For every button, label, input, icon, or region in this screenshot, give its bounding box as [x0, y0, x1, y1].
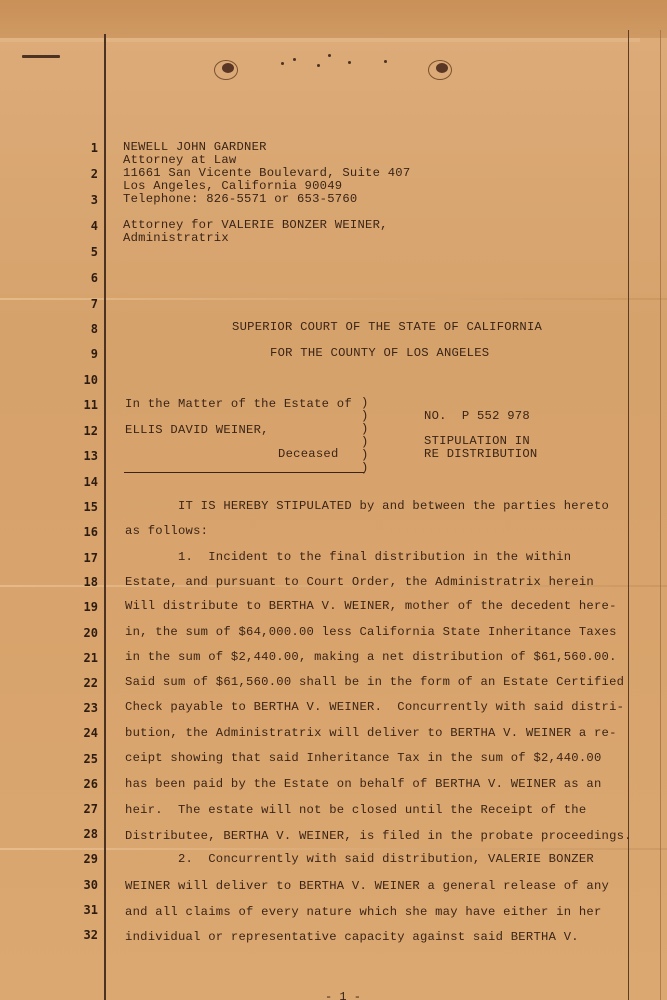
- ink-dot: [328, 54, 331, 57]
- background-surface: [0, 0, 667, 40]
- body-line: WEINER will deliver to BERTHA V. WEINER …: [125, 879, 609, 893]
- line-number: 22: [70, 676, 98, 690]
- line-number: 23: [70, 701, 98, 715]
- body-line: Said sum of $61,560.00 shall be in the f…: [125, 675, 624, 689]
- line-number: 2: [70, 167, 98, 181]
- line-number: 12: [70, 424, 98, 438]
- caption-underline: [124, 472, 364, 473]
- body-line: Check payable to BERTHA V. WEINER. Concu…: [125, 700, 624, 714]
- line-number: 27: [70, 802, 98, 816]
- body-line: bution, the Administratrix will deliver …: [125, 726, 617, 740]
- ink-dot: [384, 60, 387, 63]
- line-number: 10: [70, 373, 98, 387]
- line-number: 8: [70, 322, 98, 336]
- line-number: 9: [70, 347, 98, 361]
- attorney-for: Attorney for VALERIE BONZER WEINER,: [123, 218, 388, 232]
- attorney-for-role: Administratrix: [123, 231, 229, 245]
- body-line: Estate, and pursuant to Court Order, the…: [125, 575, 594, 589]
- paper-top-edge: [0, 38, 640, 42]
- line-number: 25: [70, 752, 98, 766]
- page-number: - 1 -: [325, 990, 361, 1000]
- caption-decedent-name: ELLIS DAVID WEINER,: [125, 423, 269, 437]
- line-number: 20: [70, 626, 98, 640]
- line-number: 31: [70, 903, 98, 917]
- right-margin-rule: [628, 30, 629, 1000]
- document-title-line-1: STIPULATION IN: [424, 434, 530, 448]
- body-line: individual or representative capacity ag…: [125, 930, 579, 944]
- body-line: heir. The estate will not be closed unti…: [125, 803, 586, 817]
- attorney-telephone: Telephone: 826-5571 or 653-5760: [123, 192, 357, 206]
- line-number: 24: [70, 726, 98, 740]
- line-number: 29: [70, 852, 98, 866]
- caption-parens: ) ) ) ) ) ): [361, 397, 369, 474]
- line-number: 7: [70, 297, 98, 311]
- line-number: 6: [70, 271, 98, 285]
- line-number: 4: [70, 219, 98, 233]
- line-number: 26: [70, 777, 98, 791]
- attorney-name: NEWELL JOHN GARDNER: [123, 140, 267, 154]
- line-number: 11: [70, 398, 98, 412]
- line-number: 3: [70, 193, 98, 207]
- body-line: ceipt showing that said Inheritance Tax …: [125, 751, 602, 765]
- line-number: 17: [70, 551, 98, 565]
- body-line: has been paid by the Estate on behalf of…: [125, 777, 602, 791]
- body-line: as follows:: [125, 524, 208, 538]
- line-number: 1: [70, 141, 98, 155]
- attorney-title: Attorney at Law: [123, 153, 236, 167]
- ink-dot: [317, 64, 320, 67]
- line-number: 13: [70, 449, 98, 463]
- punch-hole-icon: [214, 60, 238, 80]
- line-number: 30: [70, 878, 98, 892]
- body-line: in, the sum of $64,000.00 less Californi…: [125, 625, 617, 639]
- line-number: 15: [70, 500, 98, 514]
- left-margin-rule: [104, 34, 106, 1000]
- line-number: 16: [70, 525, 98, 539]
- paper-edge-line: [660, 30, 661, 1000]
- ink-dot: [348, 61, 351, 64]
- punch-hole-icon: [428, 60, 452, 80]
- attorney-address-line-1: 11661 San Vicente Boulevard, Suite 407: [123, 166, 410, 180]
- line-number: 28: [70, 827, 98, 841]
- paper-fold-line: [0, 848, 667, 850]
- caption-deceased-label: Deceased: [278, 447, 339, 461]
- ink-dot: [293, 58, 296, 61]
- attorney-address-line-2: Los Angeles, California 90049: [123, 179, 342, 193]
- line-number: 32: [70, 928, 98, 942]
- body-line: IT IS HEREBY STIPULATED by and between t…: [125, 499, 609, 513]
- ink-dot: [281, 62, 284, 65]
- line-number: 19: [70, 600, 98, 614]
- line-number: 5: [70, 245, 98, 259]
- court-title: SUPERIOR COURT OF THE STATE OF CALIFORNI…: [232, 320, 542, 334]
- line-number: 18: [70, 575, 98, 589]
- line-number: 14: [70, 475, 98, 489]
- body-line: in the sum of $2,440.00, making a net di…: [125, 650, 617, 664]
- body-line: Distributee, BERTHA V. WEINER, is filed …: [125, 829, 632, 843]
- body-line: Will distribute to BERTHA V. WEINER, mot…: [125, 599, 617, 613]
- caption-matter-of: In the Matter of the Estate of: [125, 397, 352, 411]
- court-county: FOR THE COUNTY OF LOS ANGELES: [270, 346, 489, 360]
- body-line: 2. Concurrently with said distribution, …: [125, 852, 594, 866]
- case-number: NO. P 552 978: [424, 409, 530, 423]
- margin-dash-mark: [22, 55, 60, 58]
- line-number: 21: [70, 651, 98, 665]
- body-line: and all claims of every nature which she…: [125, 905, 602, 919]
- paper-fold-line: [0, 298, 667, 300]
- document-title-line-2: RE DISTRIBUTION: [424, 447, 537, 461]
- body-line: 1. Incident to the final distribution in…: [125, 550, 571, 564]
